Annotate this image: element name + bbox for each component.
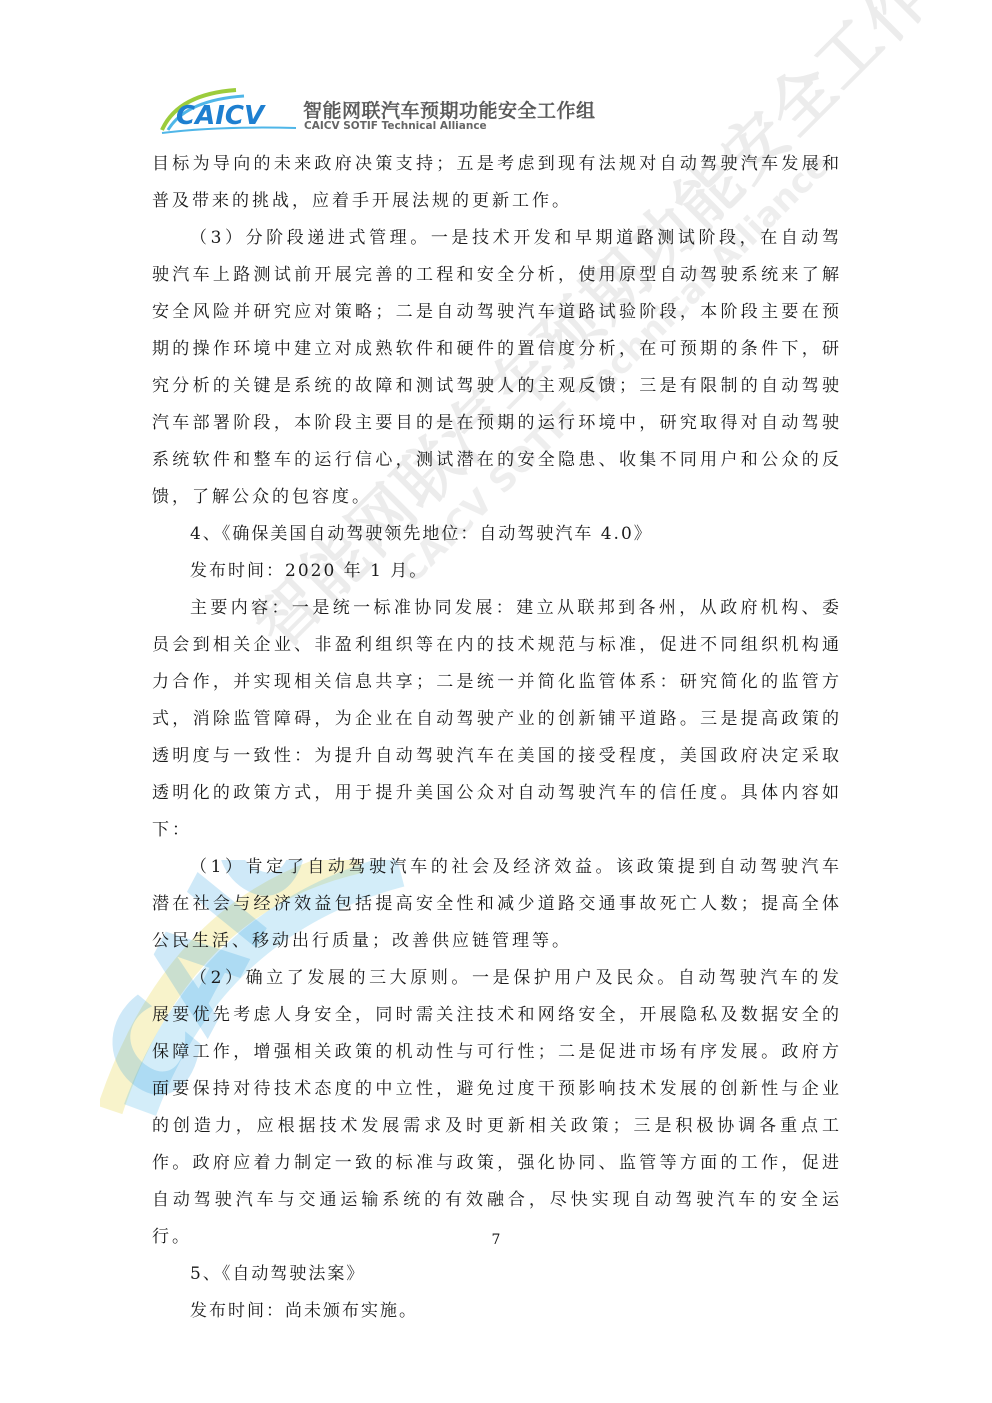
paragraph-continuation: 目标为导向的未来政府决策支持；五是考虑到现有法规对自动驾驶汽车发展和普及带来的挑… — [152, 146, 842, 220]
section-heading-av-act: 5、《自动驾驶法案》 — [152, 1256, 842, 1293]
document-body: 目标为导向的未来政府决策支持；五是考虑到现有法规对自动驾驶汽车发展和普及带来的挑… — [152, 146, 842, 1330]
paragraph-phased-management: （3）分阶段递进式管理。一是技术开发和早期道路测试阶段，在自动驾驶汽车上路测试前… — [152, 220, 842, 516]
org-name-en: CAICV SOTIF Technical Alliance — [304, 120, 487, 132]
org-name-cn: 智能网联汽车预期功能安全工作组 — [303, 96, 596, 123]
caicv-logo-icon: CAICV — [158, 86, 298, 136]
svg-text:CAICV: CAICV — [176, 101, 266, 131]
paragraph-main-content: 主要内容：一是统一标准协同发展：建立从联邦到各州，从政府机构、委员会到相关企业、… — [152, 590, 842, 849]
section-heading-av4: 4、《确保美国自动驾驶领先地位：自动驾驶汽车 4.0》 — [152, 516, 842, 553]
page-number: 7 — [0, 1232, 992, 1248]
release-date-av4: 发布时间：2020 年 1 月。 — [152, 553, 842, 590]
paragraph-benefits: （1）肯定了自动驾驶汽车的社会及经济效益。该政策提到自动驾驶汽车潜在社会与经济效… — [152, 849, 842, 960]
paragraph-principles: （2）确立了发展的三大原则。一是保护用户及民众。自动驾驶汽车的发展要优先考虑人身… — [152, 960, 842, 1256]
header-logo: CAICV 智能网联汽车预期功能安全工作组 CAICV SOTIF Techni… — [158, 86, 618, 138]
release-date-av-act: 发布时间：尚未颁布实施。 — [152, 1293, 842, 1330]
